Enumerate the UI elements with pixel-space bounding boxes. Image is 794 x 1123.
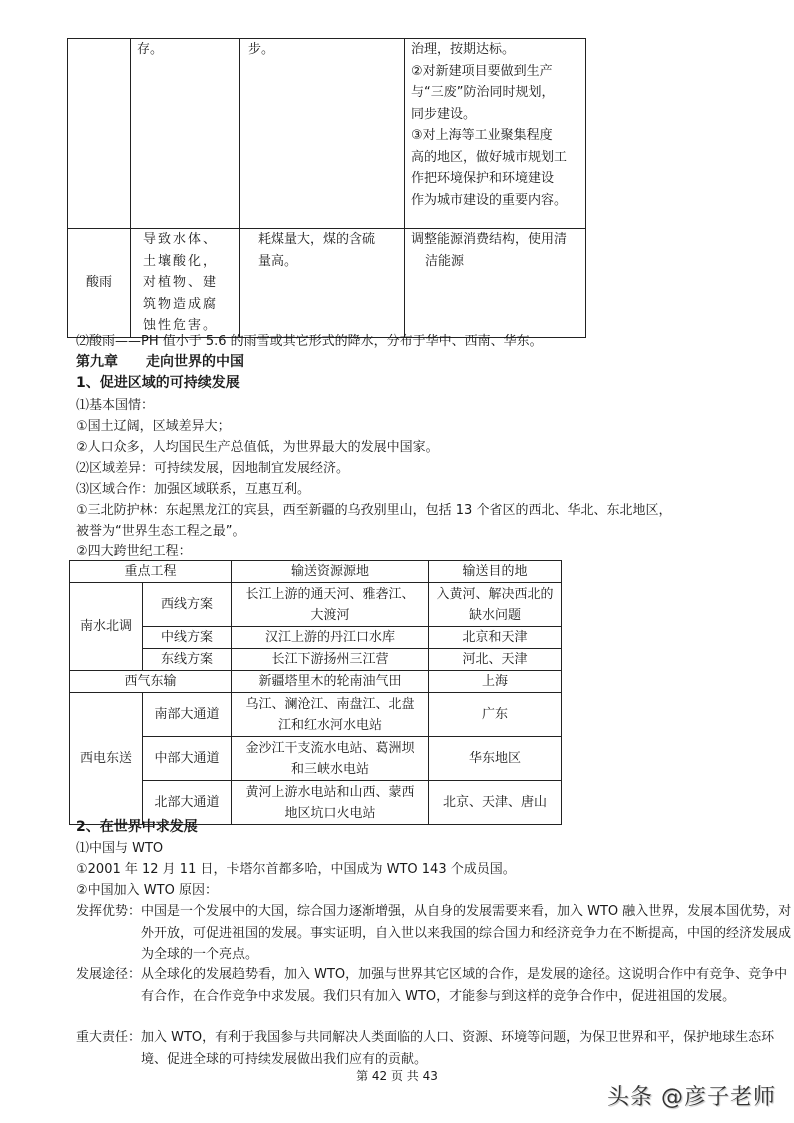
sub-cell: 西线方案 xyxy=(143,583,232,627)
text-line: ⑴基本国情： xyxy=(76,395,154,416)
text-line: ②四大跨世纪工程： xyxy=(76,541,192,562)
table-row: 中部大通道 金沙江干支流水电站、葛洲坝和三峡水电站 华东地区 xyxy=(70,737,562,781)
table-cell: 存。 xyxy=(131,39,240,229)
header-cell: 输送目的地 xyxy=(429,561,562,583)
table-cell: 调整能源消费结构，使用清 洁能源 xyxy=(405,229,586,338)
table-row: 西电东送 南部大通道 乌江、澜沧江、南盘江、北盘江和红水河水电站 广东 xyxy=(70,693,562,737)
pollution-table: 存。 步。 治理，按期达标。 ②对新建项目要做到生产 与“三废”防治同时规划， … xyxy=(67,38,586,338)
section-title: 2、在世界中求发展 xyxy=(76,817,198,838)
group-cell: 西电东送 xyxy=(70,693,143,825)
text-line: ⑵区域差异：可持续发展，因地制宜发展经济。 xyxy=(76,458,349,479)
dest-cell: 北京和天津 xyxy=(429,627,562,649)
paragraph-label: 发展途径： xyxy=(76,964,141,986)
table-row: 西气东输 新疆塔里木的轮南油气田 上海 xyxy=(70,671,562,693)
paragraph-label: 重大责任： xyxy=(76,1027,141,1049)
paragraph-body: 加入 WTO，有利于我国参与共同解决人类面临的人口、资源、环境等问题，为保卫世界… xyxy=(141,1027,794,1070)
watermark: 头条 @彦子老师 xyxy=(607,1080,776,1111)
text-line: 被誉为“世界生态工程之最”。 xyxy=(76,521,245,542)
dest-cell: 上海 xyxy=(429,671,562,693)
table-row: 东线方案 长江下游扬州三江营 河北、天津 xyxy=(70,649,562,671)
paragraph-advantage: 发挥优势： 中国是一个发展中的大国，综合国力逐渐增强，从自身的发展需要来看，加入… xyxy=(76,901,794,966)
text-line: ①三北防护林：东起黑龙江的宾县，西至新疆的乌孜别里山，包括 13 个省区的西北、… xyxy=(76,500,671,521)
table-cell: 耗煤量大，煤的含硫 量高。 xyxy=(240,229,405,338)
source-cell: 金沙江干支流水电站、葛洲坝和三峡水电站 xyxy=(232,737,429,781)
table-cell: 导致水体、 土壤酸化， 对植物、建 筑物造成腐 蚀性危害。 xyxy=(131,229,240,338)
projects-table: 重点工程 输送资源源地 输送目的地 南水北调 西线方案 长江上游的通天河、雅砻江… xyxy=(69,560,562,825)
table-cell: 治理，按期达标。 ②对新建项目要做到生产 与“三废”防治同时规划， 同步建设。 … xyxy=(405,39,586,229)
paragraph-responsibility: 重大责任： 加入 WTO，有利于我国参与共同解决人类面临的人口、资源、环境等问题… xyxy=(76,1027,794,1070)
table-cell-label: 酸雨 xyxy=(68,229,131,338)
dest-cell: 入黄河、解决西北的缺水问题 xyxy=(429,583,562,627)
source-cell: 汉江上游的丹江口水库 xyxy=(232,627,429,649)
dest-cell: 华东地区 xyxy=(429,737,562,781)
group-cell: 西气东输 xyxy=(70,671,232,693)
sub-cell: 中线方案 xyxy=(143,627,232,649)
paragraph-label: 发挥优势： xyxy=(76,901,141,923)
section-title: 1、促进区域的可持续发展 xyxy=(76,373,240,394)
table-row: 存。 步。 治理，按期达标。 ②对新建项目要做到生产 与“三废”防治同时规划， … xyxy=(68,39,586,229)
text-line: ②人口众多，人均国民生产总值低，为世界最大的发展中国家。 xyxy=(76,437,439,458)
dest-cell: 河北、天津 xyxy=(429,649,562,671)
sub-cell: 中部大通道 xyxy=(143,737,232,781)
paragraph-path: 发展途径： 从全球化的发展趋势看，加入 WTO，加强与世界其它区域的合作，是发展… xyxy=(76,964,794,1007)
source-cell: 黄河上游水电站和山西、蒙西地区坑口火电站 xyxy=(232,781,429,825)
table-cell xyxy=(68,39,131,229)
table-row: 中线方案 汉江上游的丹江口水库 北京和天津 xyxy=(70,627,562,649)
source-cell: 乌江、澜沧江、南盘江、北盘江和红水河水电站 xyxy=(232,693,429,737)
source-cell: 长江下游扬州三江营 xyxy=(232,649,429,671)
acid-rain-note: ⑵酸雨——PH 值小于 5.6 的雨雪或其它形式的降水，分布于华中、西南、华东。 xyxy=(76,331,543,352)
text-line: ⑴中国与 WTO xyxy=(76,838,163,859)
text-line: ②中国加入 WTO 原因： xyxy=(76,880,218,901)
header-cell: 输送资源源地 xyxy=(232,561,429,583)
paragraph-body: 中国是一个发展中的大国，综合国力逐渐增强，从自身的发展需要来看，加入 WTO 融… xyxy=(141,901,794,966)
chapter-title: 第九章 走向世界的中国 xyxy=(76,352,244,373)
header-cell: 重点工程 xyxy=(70,561,232,583)
table-header-row: 重点工程 输送资源源地 输送目的地 xyxy=(70,561,562,583)
sub-cell: 南部大通道 xyxy=(143,693,232,737)
group-cell: 南水北调 xyxy=(70,583,143,671)
table-row: 南水北调 西线方案 长江上游的通天河、雅砻江、大渡河 入黄河、解决西北的缺水问题 xyxy=(70,583,562,627)
text-line: ①2001 年 12 月 11 日，卡塔尔首都多哈，中国成为 WTO 143 个… xyxy=(76,859,516,880)
sub-cell: 东线方案 xyxy=(143,649,232,671)
source-cell: 长江上游的通天河、雅砻江、大渡河 xyxy=(232,583,429,627)
dest-cell: 北京、天津、唐山 xyxy=(429,781,562,825)
paragraph-body: 从全球化的发展趋势看，加入 WTO，加强与世界其它区域的合作，是发展的途径。这说… xyxy=(141,964,794,1007)
table-row: 酸雨 导致水体、 土壤酸化， 对植物、建 筑物造成腐 蚀性危害。 耗煤量大，煤的… xyxy=(68,229,586,338)
dest-cell: 广东 xyxy=(429,693,562,737)
source-cell: 新疆塔里木的轮南油气田 xyxy=(232,671,429,693)
text-line: ⑶区域合作：加强区域联系，互惠互利。 xyxy=(76,479,310,500)
table-cell: 步。 xyxy=(240,39,405,229)
text-line: ①国土辽阔，区域差异大； xyxy=(76,416,231,437)
